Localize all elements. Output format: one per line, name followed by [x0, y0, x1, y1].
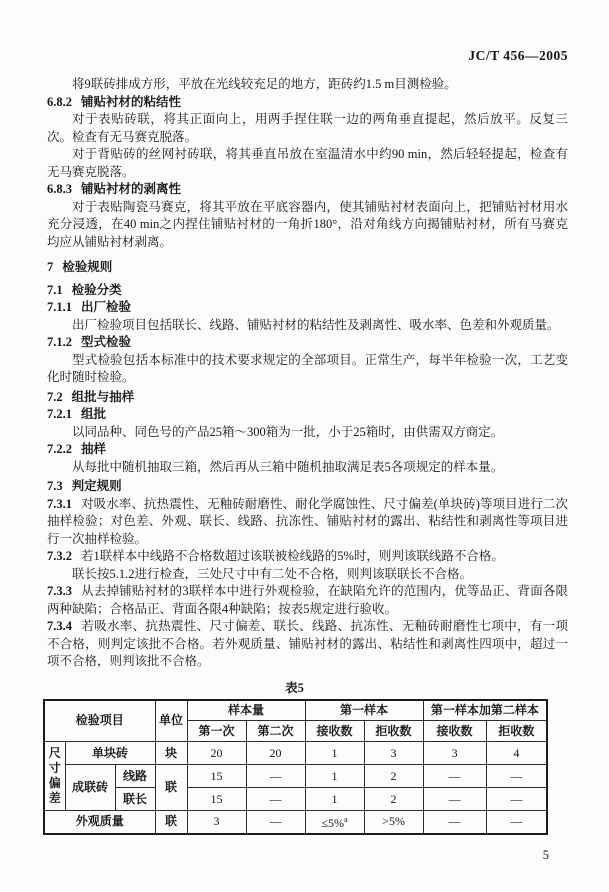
header-reject-2: 拒收数 [486, 721, 547, 742]
heading-6-8-2: 6.8.2铺贴衬材的粘结性 [47, 94, 568, 112]
header-first-draw: 第一次 [187, 721, 246, 742]
document-page: JC/T 456—2005 将9联砖排成方形，平放在光线较充足的地方，距砖约1.… [0, 0, 609, 892]
standard-number: JC/T 456—2005 [47, 48, 568, 64]
clause-number: 7.3.4 [47, 619, 72, 633]
table-row-length: 联长 15 — 1 2 — — [44, 788, 547, 811]
para-lian-length-check: 联长按5.1.2进行检查，三处尺寸中有二处不合格，则判该联联长不合格。 [47, 566, 568, 584]
clause-7-3-3: 7.3.3从去掉铺贴衬材的3联样本中进行外观检验，在缺陷允许的范围内，优等品正、… [47, 583, 568, 618]
row-group-dimension-deviation: 尺寸偏差 [44, 742, 65, 811]
table-cell: 2 [364, 765, 423, 788]
clause-title: 铺贴衬材的剥离性 [81, 182, 181, 196]
para-sampling-rule: 从每批中随机抽取三箱，然后再从三箱中随机抽取满足表5各项规定的样本量。 [47, 459, 568, 477]
table-row-single-tile: 尺寸偏差 单块砖 块 20 20 1 3 3 4 [44, 742, 547, 765]
footnote-mark: a [344, 815, 348, 824]
header-sample-size: 样本量 [187, 700, 305, 721]
table-cell: 15 [187, 765, 246, 788]
para-mosaic-visual-inspection: 将9联砖排成方形，平放在光线较充足的地方，距砖约1.5 m目测检验。 [47, 76, 568, 94]
header-combined-sample: 第一样本加第二样本 [423, 700, 547, 721]
table-cell: — [486, 811, 547, 834]
clause-text: 对吸水率、抗热震性、无釉砖耐磨性、耐化学腐蚀性、尺寸偏差(单块砖)等项目进行二次… [47, 497, 568, 546]
clause-title: 出厂检验 [81, 300, 131, 314]
header-reject-1: 拒收数 [364, 721, 423, 742]
table-cell: — [246, 788, 305, 811]
clause-title: 抽样 [81, 442, 106, 456]
para-peel-test: 对于表贴陶瓷马赛克，将其平放在平底容器内，使其铺贴衬材表面向上，把铺贴衬材用水充… [47, 199, 568, 252]
table-cell: 1 [305, 788, 364, 811]
para-type-inspection: 型式检验包括本标准中的技术要求规定的全部项目。正常生产，每半年检验一次，工艺变化… [47, 352, 568, 387]
para-back-mounted-test: 对于背贴砖的丝网衬砖联，将其垂直吊放在室温清水中约90 min，然后轻轻提起，检… [47, 146, 568, 181]
table-cell: 3 [423, 742, 486, 765]
para-surface-mounted-test: 对于表贴砖联，将其正面向上，用两手捏住联一边的两角垂直提起，然后放平。反复三次。… [47, 111, 568, 146]
table-cell: 4 [486, 742, 547, 765]
clause-text: 若吸水率、抗热震性、尺寸偏差、联长、线路、抗冻性、无釉砖耐磨性七项中，有一项不合… [47, 619, 568, 668]
clause-number: 6.8.3 [47, 182, 72, 196]
para-batch-rule: 以同品种、同色号的产品25箱～300箱为一批，小于25箱时，由供需双方商定。 [47, 424, 568, 442]
table-cell: 20 [187, 742, 246, 765]
header-accept-2: 接收数 [423, 721, 486, 742]
row-appearance-unit: 联 [155, 811, 187, 834]
heading-7: 7检验规则 [47, 259, 568, 277]
heading-7-1-2: 7.1.2型式检验 [47, 334, 568, 352]
heading-7-3: 7.3判定规则 [47, 478, 568, 496]
table-cell: 1 [305, 742, 364, 765]
para-factory-inspection-items: 出厂检验项目包括联长、线路、铺贴衬材的粘结性及剥离性、吸水率、色差和外观质量。 [47, 317, 568, 335]
heading-7-2-2: 7.2.2抽样 [47, 441, 568, 459]
row-single-tile-label: 单块砖 [65, 742, 155, 765]
table-row-line: 成联砖 线路 联 15 — 1 2 — — [44, 765, 547, 788]
clause-title: 判定规则 [72, 479, 122, 493]
heading-6-8-3: 6.8.3铺贴衬材的剥离性 [47, 181, 568, 199]
header-unit: 单位 [155, 700, 187, 742]
clause-number: 7.2 [47, 390, 63, 404]
row-group-joined-tile: 成联砖 [65, 765, 115, 811]
table-cell: 3 [364, 742, 423, 765]
table-header-row-1: 检验项目 单位 样本量 第一样本 第一样本加第二样本 [44, 700, 547, 721]
page-number: 5 [543, 848, 549, 863]
row-appearance-label: 外观质量 [44, 811, 155, 834]
clause-number: 7.2.2 [47, 442, 72, 456]
clause-number: 7.3.1 [47, 497, 72, 511]
clause-7-3-4: 7.3.4若吸水率、抗热震性、尺寸偏差、联长、线路、抗冻性、无釉砖耐磨性七项中，… [47, 618, 568, 671]
clause-number: 7.3.3 [47, 584, 72, 598]
table-cell: — [246, 811, 305, 834]
table-cell: — [423, 765, 486, 788]
clause-number: 7.1.2 [47, 335, 72, 349]
row-length-label: 联长 [115, 788, 155, 811]
table-cell: — [246, 765, 305, 788]
table-cell: 20 [246, 742, 305, 765]
row-line-label: 线路 [115, 765, 155, 788]
clause-number: 7.1.1 [47, 300, 72, 314]
header-accept-1: 接收数 [305, 721, 364, 742]
clause-number: 7.3 [47, 479, 63, 493]
clause-7-3-1: 7.3.1对吸水率、抗热震性、无釉砖耐磨性、耐化学腐蚀性、尺寸偏差(单块砖)等项… [47, 496, 568, 549]
clause-title: 型式检验 [81, 335, 131, 349]
clause-number: 7 [47, 260, 53, 274]
clause-text: 从去掉铺贴衬材的3联样本中进行外观检验，在缺陷允许的范围内，优等品正、背面各限两… [47, 584, 568, 616]
table-cell: >5% [364, 811, 423, 834]
table-cell: 15 [187, 788, 246, 811]
row-single-tile-unit: 块 [155, 742, 187, 765]
clause-number: 7.3.2 [47, 549, 72, 563]
clause-title: 检验分类 [72, 283, 122, 297]
header-second-draw: 第二次 [246, 721, 305, 742]
table-cell: 2 [364, 788, 423, 811]
table-cell: — [486, 788, 547, 811]
table5-caption: 表5 [43, 678, 546, 696]
clause-title: 组批与抽样 [72, 390, 135, 404]
heading-7-1-1: 7.1.1出厂检验 [47, 299, 568, 317]
header-inspection-item: 检验项目 [44, 700, 155, 742]
table-cell: ≤5%a [305, 811, 364, 834]
header-first-sample: 第一样本 [305, 700, 423, 721]
table-cell: 3 [187, 811, 246, 834]
row-joined-unit: 联 [155, 765, 187, 811]
clause-7-3-2: 7.3.2若1联样本中线路不合格数超过该联被检线路的5%时，则判该联线路不合格。 [47, 548, 568, 566]
clause-number: 7.1 [47, 283, 63, 297]
clause-title: 组批 [81, 407, 106, 421]
table-row-appearance: 外观质量 联 3 — ≤5%a >5% — — [44, 811, 547, 834]
appearance-accept-value: ≤5% [321, 816, 344, 830]
table5: 检验项目 单位 样本量 第一样本 第一样本加第二样本 第一次 第二次 接收数 拒… [43, 699, 548, 835]
clause-title: 铺贴衬材的粘结性 [81, 95, 181, 109]
heading-7-2: 7.2组批与抽样 [47, 389, 568, 407]
heading-7-2-1: 7.2.1组批 [47, 406, 568, 424]
clause-title: 检验规则 [62, 260, 112, 274]
clause-number: 7.2.1 [47, 407, 72, 421]
clause-number: 6.8.2 [47, 95, 72, 109]
clause-text: 若1联样本中线路不合格数超过该联被检线路的5%时，则判该联线路不合格。 [81, 549, 504, 563]
table-cell: — [423, 788, 486, 811]
table-cell: — [423, 811, 486, 834]
table-cell: 1 [305, 765, 364, 788]
heading-7-1: 7.1检验分类 [47, 282, 568, 300]
table-cell: — [486, 765, 547, 788]
